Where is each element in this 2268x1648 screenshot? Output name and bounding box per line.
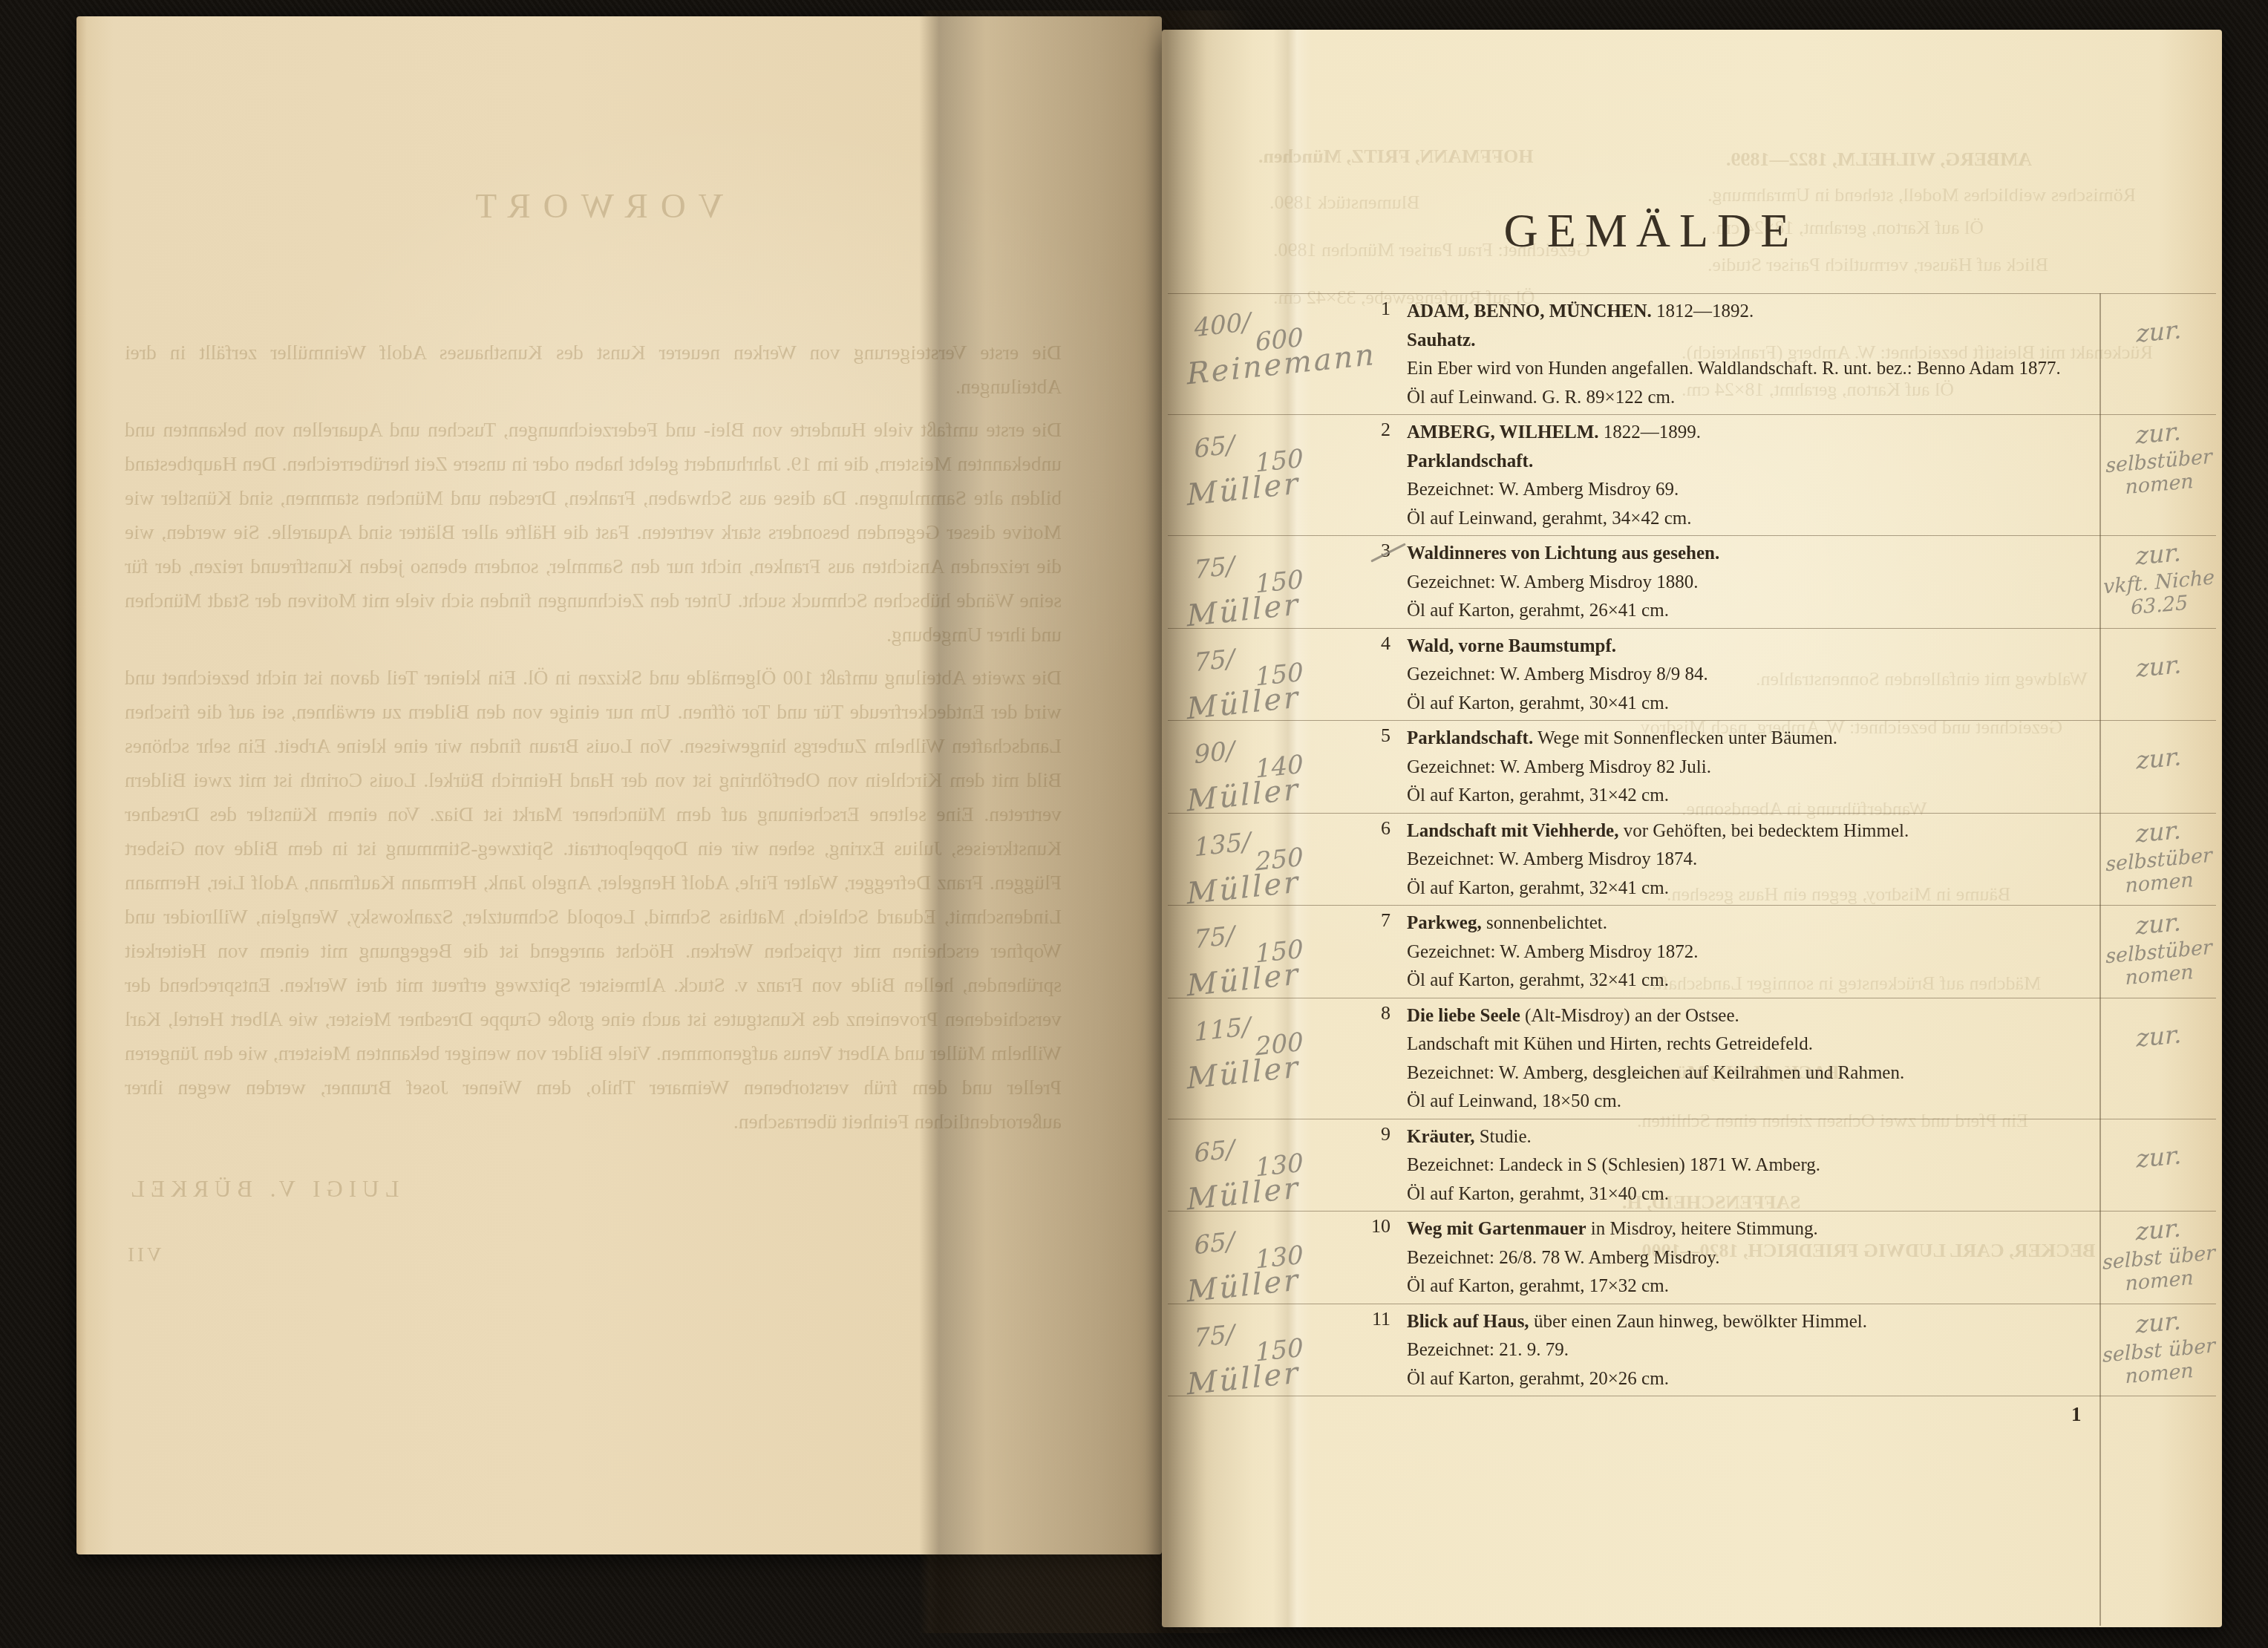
entry-text-line: Parklandschaft. <box>1407 448 2105 477</box>
entry-text-line: ADAM, BENNO, MÜNCHEN. 1812—1892. <box>1407 298 2105 327</box>
catalog-entry-row: 65/130Müller 10 Weg mit Gartenmauer in M… <box>1168 1211 2216 1304</box>
catalog-entry-row: 90/140Müller 5 Parklandschaft. Wege mit … <box>1168 720 2216 813</box>
entry-text-line: Öl auf Karton, gerahmt, 20×26 cm. <box>1407 1365 2105 1394</box>
pencil-note-right: zur.selbstübernomen <box>2088 813 2229 900</box>
catalog-table: 400/600Reinemann 1 ADAM, BENNO, MÜNCHEN.… <box>1168 293 2216 1396</box>
entry-text-line: Öl auf Karton, gerahmt, 17×32 cm. <box>1407 1272 2105 1301</box>
pencil-note-right-line: zur. <box>2088 740 2229 778</box>
pencil-note-right-line: zur. <box>2088 1017 2229 1055</box>
entry-text: Landschaft mit Viehherde, vor Gehöften, … <box>1407 817 2105 903</box>
book-page-right: HOFFMANN, FRITZ, München.Blumenstück 189… <box>1162 30 2222 1627</box>
pencil-note-right: zur.selbst übernomen <box>2088 1304 2229 1391</box>
entry-number: 8 <box>1168 1002 1390 1024</box>
catalog-entry-row: 75/150Müller 11 Blick auf Haus, über ein… <box>1168 1304 2216 1396</box>
entry-text: Wald, vorne Baumstumpf.Gezeichnet: W. Am… <box>1407 632 2105 719</box>
verso-paragraph: Die erste Versteigerung von Werken neuer… <box>125 336 1062 404</box>
entry-text: ADAM, BENNO, MÜNCHEN. 1812—1892.Sauhatz.… <box>1407 298 2105 412</box>
page-title: GEMÄLDE <box>1162 207 2222 255</box>
entry-text-line: Öl auf Leinwand, gerahmt, 34×42 cm. <box>1407 505 2105 534</box>
entry-text-line: Gezeichnet: W. Amberg Misdroy 1872. <box>1407 938 2105 967</box>
entry-text-line: AMBERG, WILHELM. 1822—1899. <box>1407 419 2105 448</box>
page-folio: 1 <box>2071 1403 2082 1426</box>
pencil-note-left-line: Müller <box>1186 765 1393 816</box>
entry-text-line: Blick auf Haus, über einen Zaun hinweg, … <box>1407 1308 2105 1337</box>
entry-text: Blick auf Haus, über einen Zaun hinweg, … <box>1407 1308 2105 1394</box>
entry-text-line: Die liebe Seele (Alt-Misdroy) an der Ost… <box>1407 1002 2105 1031</box>
entry-text-line: Ein Eber wird von Hunden angefallen. Wal… <box>1407 355 2105 384</box>
pencil-note-right: zur. <box>2088 740 2229 778</box>
entry-text-line: Gezeichnet: W. Amberg Misdroy 1880. <box>1407 569 2105 598</box>
entry-text-line: Öl auf Karton, gerahmt, 26×41 cm. <box>1407 597 2105 626</box>
pencil-note-right: zur.vkft. Niche63.25 <box>2088 536 2229 624</box>
entry-text-line: Gezeichnet: W. Amberg Misdroy 8/9 84. <box>1407 661 2105 690</box>
entry-text: Die liebe Seele (Alt-Misdroy) an der Ost… <box>1407 1002 2105 1116</box>
catalog-entry-row: 75/150Müller 4 Wald, vorne Baumstumpf.Ge… <box>1168 628 2216 721</box>
pencil-note-right: zur. <box>2088 647 2229 685</box>
catalog-entry-row: 115/200Müller 8 Die liebe Seele (Alt-Mis… <box>1168 998 2216 1119</box>
entry-text: Waldinneres von Lichtung aus gesehen.Gez… <box>1407 540 2105 626</box>
entry-text-line: Kräuter, Studie. <box>1407 1123 2105 1152</box>
entry-number: 3 <box>1168 540 1390 562</box>
entry-text-line: Sauhatz. <box>1407 327 2105 356</box>
verso-folio: VII <box>125 1243 1062 1266</box>
entry-text-line: Öl auf Karton, gerahmt, 31×40 cm. <box>1407 1180 2105 1209</box>
entry-text: Parkweg, sonnenbelichtet.Gezeichnet: W. … <box>1407 909 2105 995</box>
entry-text-line: Bezeichnet: W. Amberg Misdroy 69. <box>1407 476 2105 505</box>
entry-text-line: Bezeichnet: 21. 9. 79. <box>1407 1336 2105 1365</box>
catalog-entry-row: 75/150Müller 3 Waldinneres von Lichtung … <box>1168 535 2216 628</box>
verso-paragraphs: Die erste Versteigerung von Werken neuer… <box>125 336 1062 1139</box>
pencil-note-left-line: Müller <box>1186 580 1393 631</box>
entry-text-line: Landschaft mit Kühen und Hirten, rechts … <box>1407 1030 2105 1059</box>
entry-text-line: Öl auf Leinwand. G. R. 89×122 cm. <box>1407 384 2105 413</box>
entry-text: Parklandschaft. Wege mit Sonnenflecken u… <box>1407 725 2105 811</box>
entry-number: 10 <box>1168 1215 1390 1237</box>
entry-text-line: Öl auf Karton, gerahmt, 30×41 cm. <box>1407 690 2105 719</box>
entry-text-line: Bezeichnet: W. Amberg, desgleichen auf K… <box>1407 1059 2105 1088</box>
entry-text-line: Bezeichnet: 26/8. 78 W. Amberg Misdroy. <box>1407 1244 2105 1273</box>
pencil-note-right: zur.selbstübernomen <box>2088 415 2229 503</box>
pencil-note-right: zur. <box>2088 313 2229 351</box>
verso-signature: LUIGI V. BÜRKEL <box>125 1176 1062 1203</box>
catalog-entry-row: 65/130Müller 9 Kräuter, Studie.Bezeichne… <box>1168 1119 2216 1212</box>
pencil-note-left-line: Müller <box>1186 949 1393 1001</box>
entry-text-line: Weg mit Gartenmauer in Misdroy, heitere … <box>1407 1215 2105 1244</box>
bleedthrough-text-line: Blick auf Häuser, vermutlich Pariser Stu… <box>1707 254 2048 276</box>
pencil-note-left-line: Reinemann <box>1186 338 1393 389</box>
verso-heading-vorwort: VORWORT <box>125 189 1062 224</box>
entry-number: 4 <box>1168 632 1390 655</box>
pencil-note-right: zur. <box>2088 1138 2229 1176</box>
entry-text-line: Öl auf Leinwand, 18×50 cm. <box>1407 1088 2105 1116</box>
entry-number: 6 <box>1168 817 1390 840</box>
entry-text-line: Bezeichnet: Landeck in S (Schlesien) 187… <box>1407 1151 2105 1180</box>
entry-number: 7 <box>1168 909 1390 932</box>
bleedthrough-text-line: AMBERG, WILHELM, 1822—1899. <box>1726 148 2032 171</box>
margin-rule-vertical <box>2099 293 2101 1626</box>
pencil-note-right-line: zur. <box>2088 647 2229 685</box>
entry-text-line: Parkweg, sonnenbelichtet. <box>1407 909 2105 938</box>
entry-number: 11 <box>1168 1308 1390 1330</box>
verso-paragraph: Die erste umfaßt viele Hunderte von Blei… <box>125 413 1062 652</box>
catalog-entry-row: 75/150Müller 7 Parkweg, sonnenbelichtet.… <box>1168 905 2216 998</box>
entry-text: Weg mit Gartenmauer in Misdroy, heitere … <box>1407 1215 2105 1301</box>
entry-text-line: Landschaft mit Viehherde, vor Gehöften, … <box>1407 817 2105 846</box>
entry-number: 1 <box>1168 298 1390 320</box>
verso-paragraph: Die zweite Abteilung umfaßt 100 Ölgemäld… <box>125 661 1062 1139</box>
entry-text-line: Gezeichnet: W. Amberg Misdroy 82 Juli. <box>1407 753 2105 782</box>
catalog-entry-row: 65/150Müller 2 AMBERG, WILHELM. 1822—189… <box>1168 414 2216 535</box>
catalog-entry-row: 135/250Müller 6 Landschaft mit Viehherde… <box>1168 813 2216 906</box>
bleedthrough-text-line: Römisches weibliches Modell, stehend in … <box>1707 184 2136 206</box>
entry-number: 2 <box>1168 419 1390 441</box>
entry-text-line: Bezeichnet: W. Amberg Misdroy 1874. <box>1407 846 2105 874</box>
pencil-note-right: zur.selbst übernomen <box>2088 1212 2229 1299</box>
entry-text-line: Parklandschaft. Wege mit Sonnenflecken u… <box>1407 725 2105 753</box>
entry-text-line: Öl auf Karton, gerahmt, 31×42 cm. <box>1407 782 2105 811</box>
pencil-note-right: zur. <box>2088 1017 2229 1055</box>
entry-number: 5 <box>1168 725 1390 747</box>
bleedthrough-text-line: HOFFMANN, FRITZ, München. <box>1258 145 1534 168</box>
entry-text-line: Waldinneres von Lichtung aus gesehen. <box>1407 540 2105 569</box>
entry-text-line: Wald, vorne Baumstumpf. <box>1407 632 2105 661</box>
catalog-entry-row: 400/600Reinemann 1 ADAM, BENNO, MÜNCHEN.… <box>1168 293 2216 414</box>
entry-text: AMBERG, WILHELM. 1822—1899.Parklandschaf… <box>1407 419 2105 533</box>
pencil-note-left-line: Müller <box>1186 1255 1393 1307</box>
pencil-note-right-line: zur. <box>2088 1138 2229 1176</box>
pencil-note-right-line: zur. <box>2088 313 2229 351</box>
pencil-note-right: zur.selbstübernomen <box>2088 906 2229 993</box>
book-page-left: VORWORT Die erste Versteigerung von Werk… <box>76 16 1162 1554</box>
verso-bleedthrough-block: VORWORT Die erste Versteigerung von Werk… <box>125 16 1062 1554</box>
entry-text-line: Öl auf Karton, gerahmt, 32×41 cm. <box>1407 967 2105 995</box>
entry-text: Kräuter, Studie.Bezeichnet: Landeck in S… <box>1407 1123 2105 1209</box>
entry-text-line: Öl auf Karton, gerahmt, 32×41 cm. <box>1407 874 2105 903</box>
entry-number: 9 <box>1168 1123 1390 1145</box>
pencil-note-left-line: Müller <box>1186 459 1393 510</box>
